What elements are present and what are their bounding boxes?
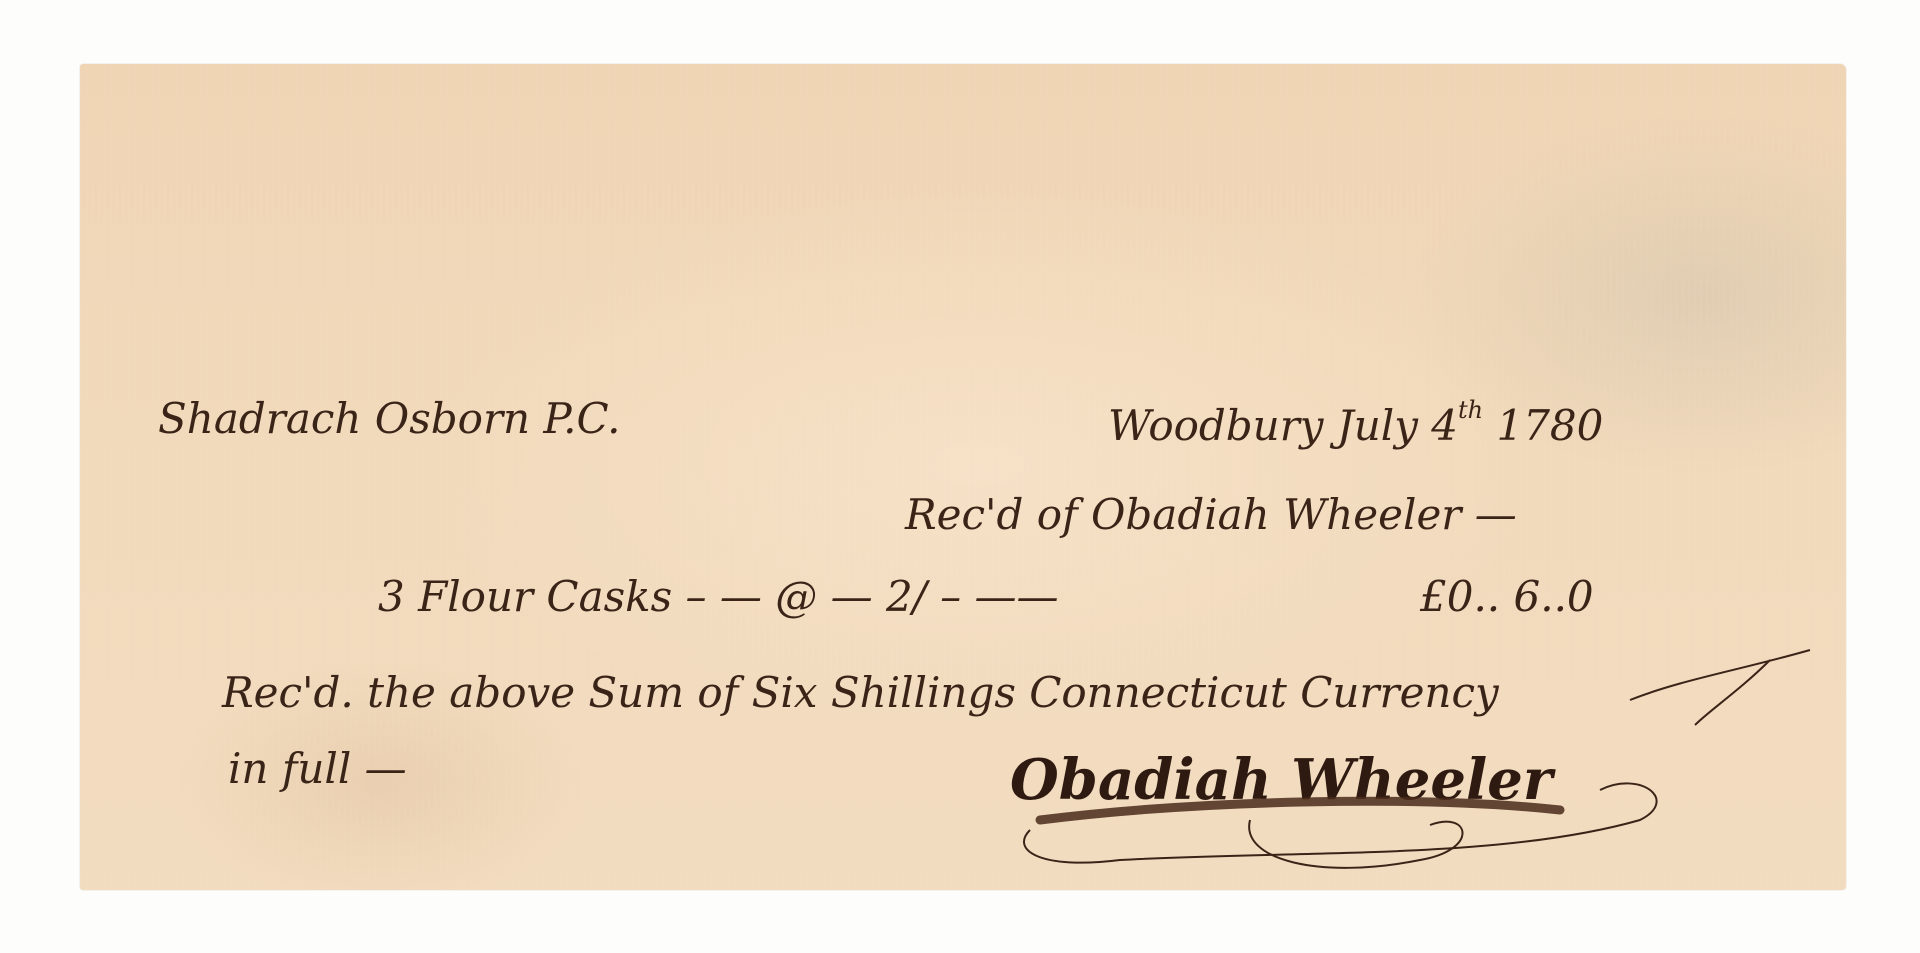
place: Woodbury: [1108, 401, 1324, 450]
received-from-line: Rec'd of Obadiah Wheeler —: [905, 494, 1517, 536]
addressee: Shadrach Osborn P.C.: [158, 398, 621, 440]
item-dashes: – —: [686, 572, 762, 621]
receipt-text-line2: in full —: [228, 748, 407, 790]
item-at-sign: @: [775, 572, 817, 621]
scan-background: Shadrach Osborn P.C. Woodbury July 4th 1…: [0, 0, 1920, 953]
year: 1780: [1496, 401, 1603, 450]
place-date: Woodbury July 4th 1780: [1108, 398, 1603, 447]
line-item: 3 Flour Casks – — @ — 2/ – ——: [378, 576, 1059, 618]
item-description: Flour Casks: [418, 572, 672, 621]
item-quantity: 3: [378, 572, 405, 621]
item-amount: £0.. 6..0: [1420, 576, 1594, 618]
receipt-text-line1: Rec'd. the above Sum of Six Shillings Co…: [222, 672, 1499, 714]
currency-flourish: [1620, 640, 1820, 730]
month-day: July 4: [1337, 401, 1458, 450]
signature-flourish: [1000, 780, 1700, 890]
day-suffix: th: [1458, 396, 1483, 424]
item-rate: — 2/ – ——: [831, 572, 1059, 621]
